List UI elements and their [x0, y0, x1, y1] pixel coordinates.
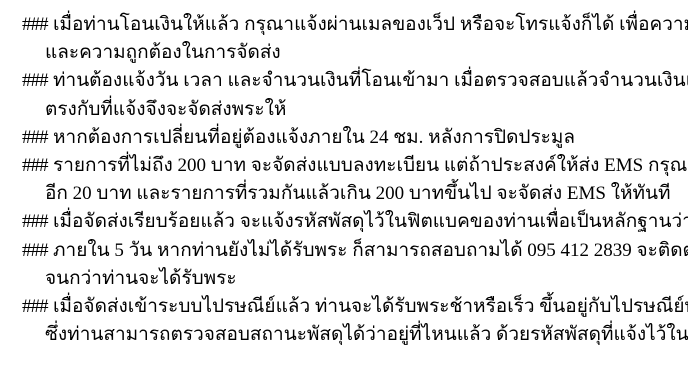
instruction-text: เมื่อจัดส่งเรียบร้อยแล้ว จะแจ้งรหัสพัสดุ…	[53, 208, 688, 236]
hash-marker: ###	[22, 67, 53, 95]
instruction-line: ซึ่งท่านสามารถตรวจสอบสถานะพัสดุได้ว่าอยู…	[0, 321, 688, 349]
instruction-text: รายการที่ไม่ถึง 200 บาท จะจัดส่งแบบลงทะเ…	[53, 152, 688, 180]
instruction-text: หากต้องการเปลี่ยนที่อยู่ต้องแจ้งภายใน 24…	[53, 124, 575, 152]
instruction-text: ท่านต้องแจ้งวัน เวลา และจำนวนเงินที่โอนเ…	[53, 67, 688, 95]
instruction-text: ซึ่งท่านสามารถตรวจสอบสถานะพัสดุได้ว่าอยู…	[45, 321, 688, 349]
instruction-text: ภายใน 5 วัน หากท่านยังไม่ได้รับพระ ก็สาม…	[53, 237, 688, 265]
hash-marker: ###	[22, 208, 53, 236]
shipping-instructions-document: ### เมื่อท่านโอนเงินให้แล้ว กรุณาแจ้งผ่า…	[0, 0, 688, 368]
instruction-line: ### เมื่อท่านโอนเงินให้แล้ว กรุณาแจ้งผ่า…	[0, 11, 688, 39]
instruction-text: ตรงกับที่แจ้งจึงจะจัดส่งพระให้	[45, 96, 286, 124]
instruction-line: อีก 20 บาท และรายการที่รวมกันแล้วเกิน 20…	[0, 180, 688, 208]
hash-marker: ###	[22, 293, 53, 321]
instruction-text: อีก 20 บาท และรายการที่รวมกันแล้วเกิน 20…	[45, 180, 671, 208]
instruction-line: ### เมื่อจัดส่งเข้าระบบไปรษณีย์แล้ว ท่าน…	[0, 293, 688, 321]
hash-marker: ###	[22, 237, 53, 265]
instruction-line: ### เมื่อจัดส่งเรียบร้อยแล้ว จะแจ้งรหัสพ…	[0, 208, 688, 236]
instruction-text: จนกว่าท่านจะได้รับพระ	[45, 265, 237, 293]
hash-marker: ###	[22, 152, 53, 180]
instruction-text: และความถูกต้องในการจัดส่ง	[45, 39, 281, 67]
hash-marker: ###	[22, 11, 53, 39]
instruction-line: จนกว่าท่านจะได้รับพระ	[0, 265, 688, 293]
instruction-line: ### ท่านต้องแจ้งวัน เวลา และจำนวนเงินที่…	[0, 67, 688, 95]
instruction-line: ### หากต้องการเปลี่ยนที่อยู่ต้องแจ้งภายใ…	[0, 124, 688, 152]
instruction-text: เมื่อจัดส่งเข้าระบบไปรษณีย์แล้ว ท่านจะได…	[53, 293, 688, 321]
instruction-list: ### เมื่อท่านโอนเงินให้แล้ว กรุณาแจ้งผ่า…	[0, 11, 688, 349]
instruction-line: ### รายการที่ไม่ถึง 200 บาท จะจัดส่งแบบล…	[0, 152, 688, 180]
instruction-text: เมื่อท่านโอนเงินให้แล้ว กรุณาแจ้งผ่านเมล…	[53, 11, 688, 39]
hash-marker: ###	[22, 124, 53, 152]
instruction-line: ตรงกับที่แจ้งจึงจะจัดส่งพระให้	[0, 96, 688, 124]
instruction-line: และความถูกต้องในการจัดส่ง	[0, 39, 688, 67]
instruction-line: ### ภายใน 5 วัน หากท่านยังไม่ได้รับพระ ก…	[0, 237, 688, 265]
